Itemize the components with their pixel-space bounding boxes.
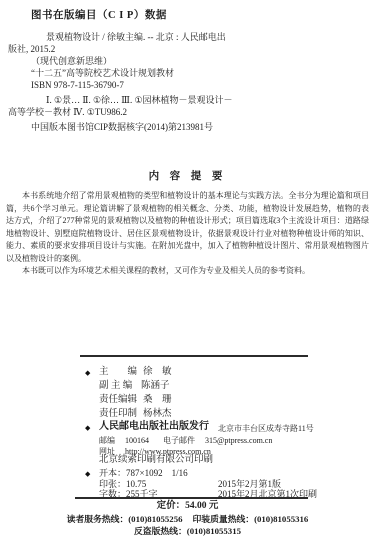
diamond-bullet: ◆ bbox=[85, 369, 90, 377]
format-line: 开本：787×1092 1/16 bbox=[99, 468, 188, 479]
cip-series-line-2: “十二五”高等院校艺术设计规划教材 bbox=[31, 68, 174, 79]
staff-row-chief-editor: 主 编徐 敏 bbox=[99, 367, 172, 378]
copyright-page: 图书在版编目（C I P）数据 景观植物设计 / 徐敏主编. -- 北京 : 人… bbox=[0, 0, 375, 546]
sheets-label: 印张： bbox=[99, 479, 126, 489]
staff-role: 责任印制 bbox=[99, 409, 137, 420]
email-value: 315@ptpress.com.cn bbox=[205, 436, 272, 445]
print-quality-hotline: 印装质量热线：(010)81055316 bbox=[193, 514, 309, 524]
postcode-value: 100164 bbox=[125, 436, 149, 445]
staff-row-responsible-editor: 责任编辑桑 珊 bbox=[99, 395, 172, 406]
price-line: 定价：54.00 元 bbox=[0, 501, 375, 512]
postcode-label: 邮编 bbox=[99, 436, 115, 445]
cip-classification-line-1: Ⅰ. ①景… Ⅱ. ①徐… Ⅲ. ①园林植物－景观设计－ bbox=[46, 95, 233, 106]
format-label: 开本： bbox=[99, 468, 126, 478]
cip-entry-line-2: 版社, 2015.2 bbox=[8, 44, 55, 55]
summary-paragraph-1: 本书系统地介绍了常用景观植物的类型和植物设计的基本理论与实践方法。全书分为理论篇… bbox=[6, 190, 369, 265]
colophon-bottom-rule bbox=[75, 497, 308, 499]
cip-series-line-1: （现代创意新思维） bbox=[31, 56, 112, 67]
diamond-bullet: ◆ bbox=[85, 470, 90, 478]
staff-name: 陈涵子 bbox=[141, 381, 170, 391]
hotline-line-1: 读者服务热线：(010)81055256印装质量热线：(010)81055316 bbox=[0, 514, 375, 525]
colophon-top-rule bbox=[80, 355, 308, 357]
staff-role: 主 编 bbox=[99, 367, 137, 378]
cip-isbn: ISBN 978-7-115-36790-7 bbox=[31, 80, 124, 91]
staff-row-deputy-editor: 副 主 编陈涵子 bbox=[99, 381, 170, 392]
cip-record-number: 中国版本图书馆CIP数据核字(2014)第213981号 bbox=[31, 122, 213, 133]
summary-paragraph-2: 本书既可以作为环境艺术相关课程的教材，又可作为专业及相关人员的参考资料。 bbox=[6, 265, 369, 278]
staff-role: 责任编辑 bbox=[99, 395, 137, 406]
anti-piracy-hotline: 反盗版热线：(010)81055315 bbox=[0, 526, 375, 537]
staff-name: 桑 珊 bbox=[143, 395, 172, 405]
staff-role: 副 主 编 bbox=[99, 381, 135, 392]
cip-heading: 图书在版编目（C I P）数据 bbox=[31, 10, 167, 21]
reader-service-hotline: 读者服务热线：(010)81055256 bbox=[67, 514, 183, 524]
postcode-email-line: 邮编100164电子邮件315@ptpress.com.cn bbox=[99, 435, 272, 446]
publisher-line: 人民邮电出版社出版发行 bbox=[99, 421, 209, 432]
cip-classification-line-2: 高等学校－教材 Ⅳ. ①TU986.2 bbox=[8, 107, 127, 118]
staff-row-print-supervisor: 责任印制杨林杰 bbox=[99, 409, 172, 420]
cip-entry-line-1: 景观植物设计 / 徐敏主编. -- 北京 : 人民邮电出 bbox=[46, 32, 226, 43]
staff-name: 徐 敏 bbox=[143, 367, 172, 377]
email-label: 电子邮件 bbox=[163, 436, 195, 445]
staff-name: 杨林杰 bbox=[143, 409, 172, 419]
diamond-bullet: ◆ bbox=[85, 424, 90, 432]
printer-line: 北京续索印刷有限公司印刷 bbox=[99, 455, 213, 466]
sheets-value: 10.75 bbox=[126, 479, 146, 489]
publisher-address: 北京市丰台区成寿寺路11号 bbox=[218, 423, 314, 434]
summary-heading: 内 容 提 要 bbox=[0, 171, 375, 182]
format-value: 787×1092 1/16 bbox=[126, 468, 188, 478]
